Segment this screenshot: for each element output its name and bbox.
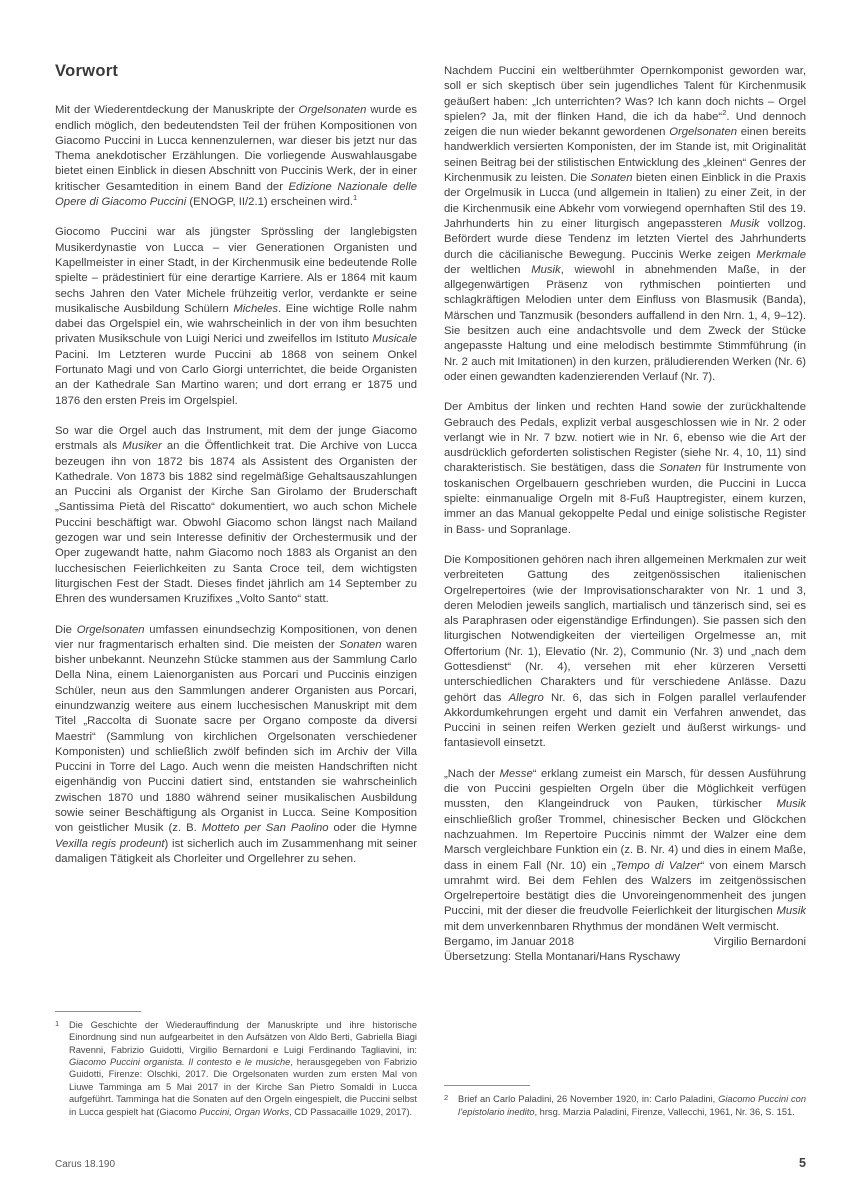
footer-catalog-number: Carus 18.190: [55, 1159, 115, 1170]
left-footnotes: 1Die Geschichte der Wiederauffindung der…: [55, 1019, 417, 1118]
signature-author: Virgilio Bernardoni: [714, 935, 806, 950]
paragraph: Die Orgelsonaten umfassen einundsechzig …: [55, 623, 417, 868]
paragraph: Die Kompositionen gehören nach ihren all…: [444, 553, 806, 752]
footnote-text: Brief an Carlo Paladini, 26 November 192…: [458, 1093, 806, 1118]
signature-place-date: Bergamo, im Januar 2018: [444, 935, 574, 950]
signature-block: Bergamo, im Januar 2018 Virgilio Bernard…: [444, 935, 806, 966]
paragraph: So war die Orgel auch das Instrument, mi…: [55, 424, 417, 608]
right-footnote-group: 2Brief an Carlo Paladini, 26 November 19…: [444, 1085, 806, 1122]
left-column: Vorwort Mit der Wiederentdeckung der Man…: [55, 64, 417, 1122]
left-paragraphs: Mit der Wiederentdeckung der Manuskripte…: [55, 103, 417, 867]
paragraph: Nachdem Puccini ein weltberühmter Opernk…: [444, 64, 806, 385]
paragraph: Mit der Wiederentdeckung der Manuskripte…: [55, 103, 417, 210]
paragraph: Giocomo Puccini war als jüngster Sprössl…: [55, 225, 417, 409]
signature-row: Bergamo, im Januar 2018 Virgilio Bernard…: [444, 935, 806, 950]
right-footnotes: 2Brief an Carlo Paladini, 26 November 19…: [444, 1093, 806, 1118]
footnote-text: Die Geschichte der Wiederauffindung der …: [69, 1019, 417, 1118]
footnote: 1Die Geschichte der Wiederauffindung der…: [55, 1019, 417, 1118]
document-page: Vorwort Mit der Wiederentdeckung der Man…: [0, 0, 863, 1200]
paragraph: Der Ambitus der linken und rechten Hand …: [444, 400, 806, 538]
footnote-number: 1: [55, 1018, 69, 1117]
page-number: 5: [799, 1156, 806, 1170]
footnote: 2Brief an Carlo Paladini, 26 November 19…: [444, 1093, 806, 1118]
page-title: Vorwort: [55, 64, 417, 79]
paragraph: „Nach der Messe“ erklang zumeist ein Mar…: [444, 767, 806, 935]
left-footnote-group: 1Die Geschichte der Wiederauffindung der…: [55, 1011, 417, 1122]
page-content: Vorwort Mit der Wiederentdeckung der Man…: [55, 64, 806, 1122]
right-paragraphs: Nachdem Puccini ein weltberühmter Opernk…: [444, 64, 806, 935]
signature-translation: Übersetzung: Stella Montanari/Hans Rysch…: [444, 950, 806, 965]
footnote-divider: [444, 1085, 530, 1086]
right-column: Nachdem Puccini ein weltberühmter Opernk…: [444, 64, 806, 1122]
page-footer: Carus 18.190 5: [55, 1156, 806, 1170]
footnote-divider: [55, 1011, 141, 1012]
footnote-number: 2: [444, 1092, 458, 1117]
